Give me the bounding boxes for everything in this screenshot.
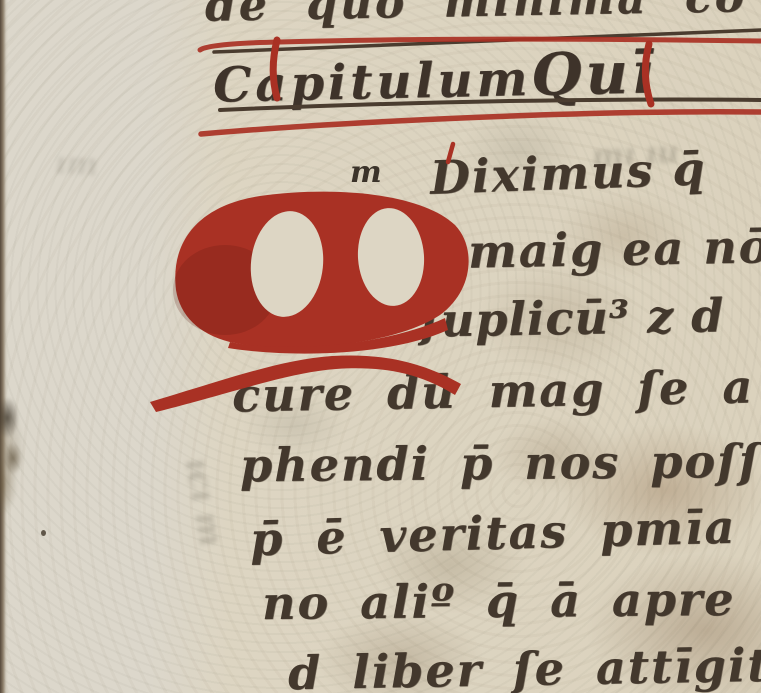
- red-rule-bottom: [201, 112, 761, 134]
- ink-speck: [41, 530, 46, 536]
- text-line-top: de quo minima cō: [205, 0, 748, 29]
- show-through-text: cım ıı: [351, 253, 461, 296]
- text-line: maig ea nō: [468, 223, 761, 274]
- chapter-heading: CapitulumQuī: [212, 43, 658, 110]
- parchment-blemish: [0, 380, 32, 515]
- text-line: ſuplicū³ z d: [420, 292, 725, 343]
- text-line: no aliº q̄ ā apre: [262, 576, 736, 626]
- heading-word: Capitulum: [213, 51, 532, 114]
- heading-word-initial: Quī: [530, 38, 658, 109]
- page-edge: [0, 0, 8, 693]
- text-line: Diximus q̄: [429, 145, 707, 201]
- initial-Q-baseline: [228, 318, 448, 354]
- text-line: phendi p̄ nos poſſi: [240, 438, 761, 489]
- show-through-text: ım: [54, 149, 99, 181]
- manuscript-page: ımı ıcm cım ıı mı ıu ıcı m ım de quo min…: [0, 0, 761, 693]
- initial-guide-letter: m: [350, 158, 382, 188]
- show-through-text: ıcı m: [181, 455, 228, 548]
- text-line: p̄ ē veritas pmīa: [249, 504, 736, 563]
- text-line: d liber ſe attīgit: [288, 642, 761, 693]
- text-line: cure dū mag ſe a: [232, 363, 755, 418]
